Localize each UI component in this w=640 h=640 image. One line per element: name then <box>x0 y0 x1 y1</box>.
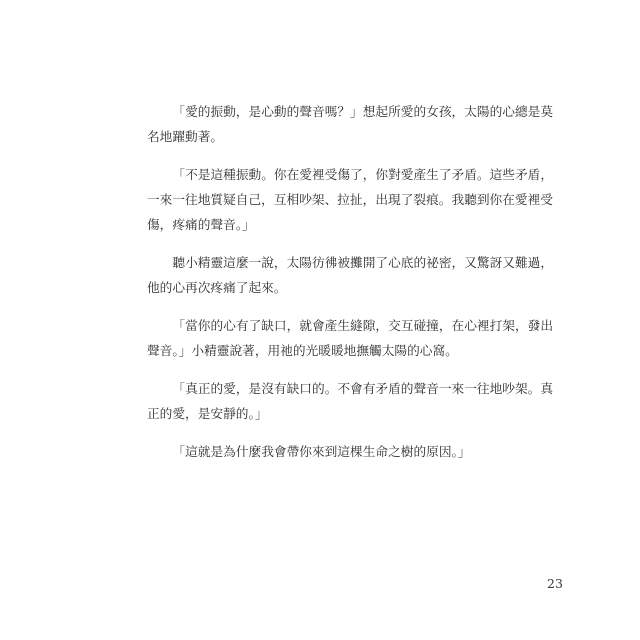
text-line: 正的愛，是安靜的。」 <box>147 401 553 426</box>
text-line: 「這就是為什麼我會帶你來到這棵生命之樹的原因。」 <box>147 439 553 464</box>
paragraph: 「真正的愛，是沒有缺口的。不會有矛盾的聲音一來一往地吵架。真 正的愛，是安靜的。… <box>147 376 553 426</box>
paragraph: 聽小精靈這麼一說，太陽彷彿被攤開了心底的祕密，又驚訝又難過， 他的心再次疼痛了起… <box>147 250 553 300</box>
text-line: 聲音。」小精靈說著，用祂的光暖暖地撫觸太陽的心窩。 <box>147 338 553 363</box>
paragraph: 「當你的心有了缺口，就會產生縫隙，交互碰撞，在心裡打架，發出 聲音。」小精靈說著… <box>147 313 553 363</box>
text-line: 聽小精靈這麼一說，太陽彷彿被攤開了心底的祕密，又驚訝又難過， <box>147 250 553 275</box>
text-line: 一來一往地質疑自己，互相吵架、拉扯，出現了裂痕。我聽到你在愛裡受 <box>147 187 553 212</box>
page-text: 「愛的振動，是心動的聲音嗎？」想起所愛的女孩，太陽的心總是莫 名地躍動著。 「不… <box>147 99 553 477</box>
text-line: 名地躍動著。 <box>147 124 553 149</box>
text-line: 傷，疼痛的聲音。」 <box>147 212 553 237</box>
paragraph: 「不是這種振動。你在愛裡受傷了，你對愛產生了矛盾。這些矛盾， 一來一往地質疑自己… <box>147 162 553 237</box>
text-line: 「當你的心有了缺口，就會產生縫隙，交互碰撞，在心裡打架，發出 <box>147 313 553 338</box>
text-line: 「真正的愛，是沒有缺口的。不會有矛盾的聲音一來一往地吵架。真 <box>147 376 553 401</box>
text-line: 「愛的振動，是心動的聲音嗎？」想起所愛的女孩，太陽的心總是莫 <box>147 99 553 124</box>
text-line: 他的心再次疼痛了起來。 <box>147 275 553 300</box>
page-number: 23 <box>547 576 563 591</box>
paragraph: 「愛的振動，是心動的聲音嗎？」想起所愛的女孩，太陽的心總是莫 名地躍動著。 <box>147 99 553 149</box>
text-line: 「不是這種振動。你在愛裡受傷了，你對愛產生了矛盾。這些矛盾， <box>147 162 553 187</box>
paragraph: 「這就是為什麼我會帶你來到這棵生命之樹的原因。」 <box>147 439 553 464</box>
book-page: 「愛的振動，是心動的聲音嗎？」想起所愛的女孩，太陽的心總是莫 名地躍動著。 「不… <box>0 0 640 640</box>
